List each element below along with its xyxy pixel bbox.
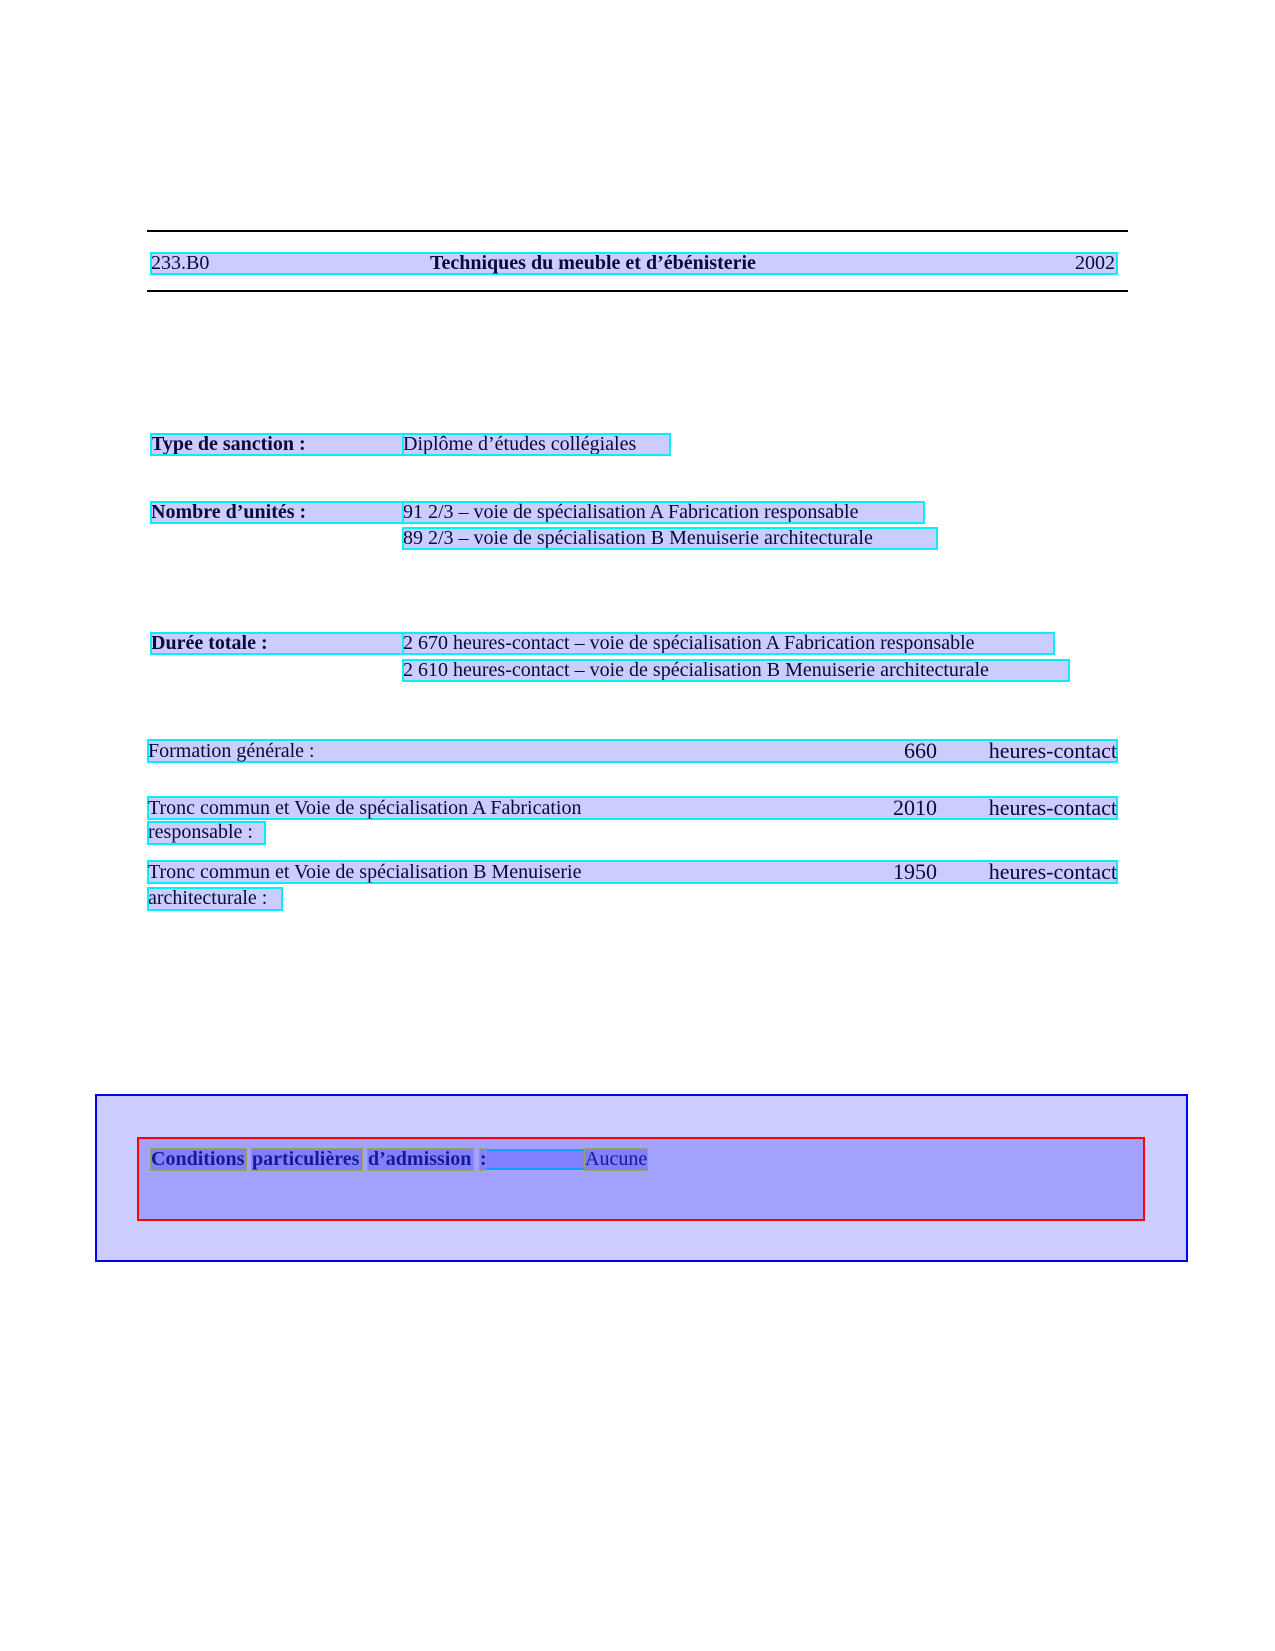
header-bottom-rule (147, 290, 1128, 292)
duration-label: Durée totale : (151, 633, 403, 654)
hours-unit: heures-contact (989, 798, 1117, 818)
hours-unit: heures-contact (989, 741, 1117, 761)
hours-row-tronc-b: Tronc commun et Voie de spécialisation B… (148, 861, 1117, 883)
units-label: Nombre d’unités : (151, 502, 403, 523)
hours-value: 1950 (893, 862, 937, 882)
sanction-label: Type de sanction : (151, 434, 403, 455)
hours-value: 2010 (893, 798, 937, 818)
header-band: 233.B0 Techniques du meuble et d’ébénist… (151, 253, 1117, 274)
hours-label: Tronc commun et Voie de spécialisation B… (148, 862, 581, 882)
admission-label-word: Conditions (151, 1149, 246, 1170)
hours-value: 660 (904, 741, 937, 761)
units-value-a: 91 2/3 – voie de spécialisation A Fabric… (403, 502, 924, 523)
admission-value: Aucune (585, 1149, 647, 1170)
hours-label: Formation générale : (148, 741, 315, 761)
hours-label-continuation: responsable : (148, 822, 265, 844)
header-top-rule (147, 230, 1128, 232)
admission-label-word: d’admission (368, 1149, 473, 1170)
hours-row-general: Formation générale : 660 heures-contact (148, 740, 1117, 762)
program-code: 233.B0 (151, 253, 209, 273)
hours-row-tronc-a: Tronc commun et Voie de spécialisation A… (148, 797, 1117, 819)
hours-label-continuation: architecturale : (148, 888, 282, 910)
program-title: Techniques du meuble et d’ébénisterie (430, 253, 756, 273)
admission-tab-gap (486, 1149, 585, 1170)
sanction-value: Diplôme d’études collégiales (403, 434, 670, 455)
duration-value-a: 2 670 heures-contact – voie de spécialis… (403, 633, 1054, 654)
units-value-b: 89 2/3 – voie de spécialisation B Menuis… (403, 528, 937, 549)
admission-label-word: : (480, 1149, 485, 1170)
program-year: 2002 (1075, 253, 1115, 273)
hours-label: Tronc commun et Voie de spécialisation A… (148, 798, 581, 818)
duration-value-b: 2 610 heures-contact – voie de spécialis… (403, 660, 1069, 681)
admission-label-word: particulières (252, 1149, 362, 1170)
hours-unit: heures-contact (989, 862, 1117, 882)
